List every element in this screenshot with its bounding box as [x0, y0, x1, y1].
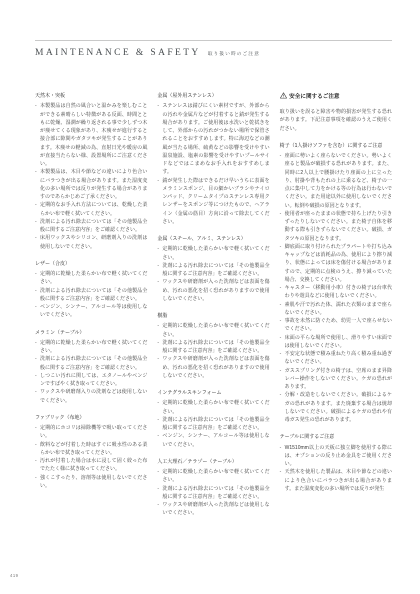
- list-item: -不安定な状態で積み重ねたり高く積み重ね過ぎないでください。: [280, 350, 392, 367]
- list-item: -洗剤による汚れ除去については「その他製品全般に関するご注意内容」をご確認くださ…: [157, 262, 269, 279]
- list-item: -定期的なお手入れ方法については、乾燥した柔らかい布で軽く拭いてください。: [35, 201, 147, 218]
- list-item: -洗剤による汚れ除去については「その他製品全般に関するご注意内容」をご確認くださ…: [157, 416, 269, 433]
- bullet-icon: -: [35, 270, 37, 278]
- bullet-icon: -: [157, 432, 159, 440]
- page-title-ja: 取り扱い時のご注意: [208, 50, 260, 57]
- bullet-icon: -: [35, 102, 37, 110]
- bullet-icon: -: [35, 372, 37, 380]
- list-item-text: ガススプリング付きの椅子は、空席のまま昇降レバー操作をしないでください。ケガの恐…: [285, 368, 392, 391]
- list-item: -洗剤による汚れ除去については「その他製品全般に関するご注意内容」をご確認くださ…: [35, 287, 147, 304]
- list-item: -脚底面に取り付けられたプラパートや打ち込みキャップなどは消耗品の為、使用により…: [280, 243, 392, 284]
- bullet-icon: -: [35, 168, 37, 176]
- list-item-text: 定期的に乾燥した柔らかい布で軽く拭いてください。: [162, 246, 269, 260]
- list-item: -定期的に乾燥した柔らかい布で軽く拭いてください。: [157, 322, 269, 339]
- list-item: -飲料などが付着した時はすぐに吸水性のある柔らかい布で拭き取ってください。: [35, 441, 147, 458]
- list-item-text: ステンレスは錆びにくい素材ですが、外部からの汚れや金属片などが付着すると錆が発生…: [162, 103, 269, 175]
- list-item-text: ワックスや研磨剤が入った洗剤などは表面を傷め、汚れの悪化を招く恐れがありますので…: [162, 356, 269, 379]
- list-item: -定期的に乾燥した柔らかい布で軽く拭いてください。: [35, 270, 147, 287]
- bullet-icon: -: [157, 468, 159, 476]
- list-item-text: 天然木を使用した製品は、木目や節などの違いにより色合いにバラつきが出る場合があり…: [285, 469, 392, 492]
- list-item-text: しつこい汚れに関しては、エタノールやベンジンですばやく拭き取ってください。: [40, 373, 147, 387]
- list-item: -床面の平らな場所で使用し、滑りやすい床面では使用しないでください。: [280, 334, 392, 351]
- warning-triangle-icon: [280, 92, 287, 103]
- section: 人工大理石／テラゾー（テーブル）-定期的に乾燥した柔らかい布で軽く拭いてください…: [157, 458, 269, 518]
- bullet-icon: -: [35, 287, 37, 295]
- list-item-text: 洗剤による汚れ除去については「その他製品全般に関するご注意内容」をご確認ください…: [162, 263, 269, 277]
- list-item-text: 洗剤による汚れ除去については「その他製品全般に関するご注意内容」をご確認ください…: [162, 417, 269, 431]
- list-item: -本製製品は、木目や節などの違いにより色合いにバラつきが出る場合があります。また…: [35, 168, 147, 201]
- list-item: -天然木を使用した製品は、木目や節などの違いにより色合いにバラつきが出る場合があ…: [280, 468, 392, 493]
- bullet-icon: -: [280, 301, 282, 309]
- bullet-icon: -: [157, 262, 159, 270]
- list-item: -ベンジン、シンナー、アルコール等は使用しないでください。: [157, 432, 269, 449]
- list-item-text: ベンジン、シンナー、アルコール等は使用しないでください。: [40, 304, 147, 318]
- list-item: -ワックスや研磨剤が入った洗剤などは使用しないでください。: [157, 501, 269, 518]
- bullet-icon: -: [157, 485, 159, 493]
- list-item-text: 事故を未然に防ぐため、幼児一人で座らせないでください。: [285, 318, 392, 332]
- list-item: -しつこい汚れに関しては、エタノールやベンジンですばやく拭き取ってください。: [35, 372, 147, 389]
- list-item-text: 洗剤による汚れ除去については「その他製品全般に関するご注意内容」をご確認ください…: [162, 340, 269, 354]
- section: テーブルに関するご注意-W1510mm以上の天板に独立脚を使用する際には、オプシ…: [280, 433, 392, 493]
- section: レザー（合皮）-定期的に乾燥した柔らかい布で軽く拭いてください。-洗剤による汚れ…: [35, 260, 147, 320]
- list-item: -洗剤による汚れ除去については「その他製品全般に関するご注意内容」をご確認くださ…: [35, 218, 147, 235]
- list-item: -使用者が座ったままの状態で持ち上げたり引きずったりしないでください。また椅子自…: [280, 210, 392, 243]
- bullet-icon: -: [280, 243, 282, 251]
- list-item-text: ワックスや研磨剤入りの洗剤などは使用しないでください。: [40, 389, 147, 403]
- bullet-icon: -: [280, 367, 282, 375]
- bullet-icon: -: [157, 355, 159, 363]
- list-item: -ワックスや研磨剤が入った洗剤などは表面を傷め、汚れの悪化を招く恐れがありますの…: [157, 278, 269, 303]
- section-heading: 椅子（1人掛けソファを含む）に関するご注意: [280, 142, 392, 150]
- list-item: -定期的に乾燥した柔らかい布で軽く拭いてください。: [157, 399, 269, 416]
- bullet-icon: -: [35, 218, 37, 226]
- list-item-text: 本製製品は、木目や節などの違いにより色合いにバラつきが出る場合があります。また湿…: [40, 169, 147, 200]
- list-item: -ワックスや研磨剤が入った洗剤などは表面を傷め、汚れの悪化を招く恐れがありますの…: [157, 355, 269, 380]
- bullet-icon: -: [157, 339, 159, 347]
- safety-notice-heading: 安全に関するご注意: [280, 92, 392, 103]
- list-item: -キャスター（移動用小車）付きの椅子は台車代わりや遊具などに使用しないでください…: [280, 284, 392, 301]
- list-item-text: 使用者が座ったままの状態で持ち上げたり引きずったりしないでください。また椅子自体…: [285, 211, 392, 242]
- list-item-text: 床用ワックスやシリコン、研磨剤入りの洗剤は使用しないでください。: [40, 235, 147, 249]
- bullet-icon: -: [280, 210, 282, 218]
- section-heading: ファブリック（布地）: [35, 414, 147, 422]
- bullet-icon: -: [280, 284, 282, 292]
- page-header: MAINTENANCE & SAFETY 取り扱い時のご注意: [35, 40, 392, 58]
- list-item-text: 洗剤による汚れ除去については「その他製品全般に関するご注意内容」をご確認ください…: [40, 356, 147, 370]
- list-item: -洗剤による汚れ除去については「その他製品全般に関するご注意内容」をご確認くださ…: [157, 485, 269, 502]
- list-item: -定期的に乾燥した柔らかい布で軽く拭いてください。: [157, 468, 269, 485]
- list-item-text: 定期的なお手入れ方法については、乾燥した柔らかい布で軽く拭いてください。: [40, 202, 147, 216]
- section: 安全に関するご注意取り扱いを誤ると障害や物的損害が発生する恐れがあります。下記注…: [280, 92, 392, 133]
- section: ファブリック（布地）-定期的にホコリは掃除機等で吸い取ってください。-飲料などが…: [35, 414, 147, 490]
- column-safety-notes: 安全に関するご注意取り扱いを誤ると障害や物的損害が発生する恐れがあります。下記注…: [280, 92, 392, 518]
- list-item-text: 脚底面に取り付けられたプラパートや打ち込みキャップなどは消耗品の為、使用により擦…: [285, 244, 392, 283]
- bullet-icon: -: [157, 399, 159, 407]
- list-item: -床用ワックスやシリコン、研磨剤入りの洗剤は使用しないでください。: [35, 234, 147, 251]
- column-materials-left: 天然木・突板-本製製品は自然の風合いと温かみを楽しむことができる素晴らしい特徴が…: [35, 92, 147, 518]
- list-item: -洗剤による汚れ除去については「その他製品全般に関するご注意内容」をご確認くださ…: [157, 339, 269, 356]
- list-item-text: 定期的に乾燥した柔らかい布で軽く拭いてください。: [162, 400, 269, 414]
- page-number: 419: [10, 573, 19, 578]
- bullet-icon: -: [280, 468, 282, 476]
- list-item: -本製製品は自然の風合いと温かみを楽しむことができる素晴らしい特徴がある反面、時…: [35, 102, 147, 168]
- bullet-icon: -: [157, 322, 159, 330]
- list-item-text: 定期的に乾燥した柔らかい布で軽く拭いてください。: [40, 271, 147, 285]
- bullet-icon: -: [157, 278, 159, 286]
- bullet-icon: -: [35, 388, 37, 396]
- list-item: -事故を未然に防ぐため、幼児一人で座らせないでください。: [280, 317, 392, 334]
- list-item-text: 強くこすったり、溶剤等は使用しないでください。: [40, 475, 147, 489]
- section-heading: インテグラルスキンフォーム: [157, 389, 269, 397]
- section-heading: メラミン（テーブル）: [35, 329, 147, 337]
- list-item-text: 洗剤による汚れ除去については「その他製品全般に関するご注意内容」をご確認ください…: [40, 288, 147, 302]
- bullet-icon: -: [35, 424, 37, 432]
- bullet-icon: -: [35, 234, 37, 242]
- list-item-text: 素肌や汗で汚れた体、濡れた衣類のままで座らないでください。: [285, 302, 392, 316]
- list-item: -ステンレスは錆びにくい素材ですが、外部からの汚れや金属片などが付着すると錆が発…: [157, 102, 269, 176]
- list-item-text: 分解・改造をしないでください。破損によるケガの恐れがあります。また廃棄する場合は…: [285, 392, 392, 423]
- list-item: -座面に勢いよく座らないでください。勢いよく座ると製品が破損する恐れがあります。…: [280, 152, 392, 210]
- list-item: -ワックスや研磨剤入りの洗剤などは使用しないでください。: [35, 388, 147, 405]
- section-heading: 金属（屋外用ステンレス）: [157, 92, 269, 100]
- bullet-icon: -: [157, 416, 159, 424]
- bullet-icon: -: [280, 334, 282, 342]
- section-heading: レザー（合皮）: [35, 260, 147, 268]
- list-item-text: 座面に勢いよく座らないでください。勢いよく座ると製品が破損する恐れがあります。ま…: [285, 153, 392, 209]
- list-item: -洗剤による汚れ除去については「その他製品全般に関するご注意内容」をご確認くださ…: [35, 355, 147, 372]
- list-item-text: 定期的に乾燥した柔らかい布で軽く拭いてください。: [162, 469, 269, 483]
- section-heading: 樹脂: [157, 312, 269, 320]
- page-title: MAINTENANCE & SAFETY 取り扱い時のご注意: [35, 48, 392, 58]
- bullet-icon: -: [35, 303, 37, 311]
- catalog-page: MAINTENANCE & SAFETY 取り扱い時のご注意 天然木・突板-本製…: [0, 0, 420, 594]
- list-item-text: 飲料などが付着した時はすぐに吸水性のある柔らかい布で拭き取ってください。: [40, 442, 147, 456]
- section: インテグラルスキンフォーム-定期的に乾燥した柔らかい布で軽く拭いてください。-洗…: [157, 389, 269, 449]
- list-item: -錆が発生した際はできるだけ早いうちに表面をメラミンスポンジ、目の細かいブラシや…: [157, 177, 269, 227]
- section-lead: 取り扱いを誤ると障害や物的損害が発生する恐れがあります。下記注意事項を確認のうえ…: [280, 108, 392, 133]
- list-item: -分解・改造をしないでください。破損によるケガの恐れがあります。また廃棄する場合…: [280, 391, 392, 424]
- list-item-text: 定期的に乾燥した柔らかい布で軽く拭いてください。: [40, 340, 147, 354]
- section-heading: 天然木・突板: [35, 92, 147, 100]
- bullet-icon: -: [157, 501, 159, 509]
- bullet-icon: -: [280, 391, 282, 399]
- bullet-icon: -: [35, 457, 37, 465]
- section-heading: 人工大理石／テラゾー（テーブル）: [157, 458, 269, 466]
- list-item-text: 定期的に乾燥した柔らかい布で軽く拭いてください。: [162, 323, 269, 337]
- bullet-icon: -: [280, 152, 282, 160]
- list-item-text: 洗剤による汚れ除去については「その他製品全般に関するご注意内容」をご確認ください…: [162, 486, 269, 500]
- list-item-text: ベンジン、シンナー、アルコール等は使用しないでください。: [162, 433, 269, 447]
- list-item-text: 床面の平らな場所で使用し、滑りやすい床面では使用しないでください。: [285, 335, 392, 349]
- list-item: -素肌や汗で汚れた体、濡れた衣類のままで座らないでください。: [280, 301, 392, 318]
- list-item: -ガススプリング付きの椅子は、空席のまま昇降レバー操作をしないでください。ケガの…: [280, 367, 392, 392]
- bullet-icon: -: [35, 355, 37, 363]
- section-heading: 金属（スチール、アルミ、ステンレス）: [157, 235, 269, 243]
- list-item-text: 汚れが付着した場合は水に浸して固く絞った布でたたく様に拭き取ってください。: [40, 458, 147, 472]
- list-item-text: ワックスや研磨剤が入った洗剤などは表面を傷め、汚れの悪化を招く恐れがありますので…: [162, 279, 269, 302]
- section: メラミン（テーブル）-定期的に乾燥した柔らかい布で軽く拭いてください。-洗剤によ…: [35, 329, 147, 405]
- list-item: -強くこすったり、溶剤等は使用しないでください。: [35, 474, 147, 491]
- bullet-icon: -: [35, 441, 37, 449]
- bullet-icon: -: [157, 102, 159, 110]
- list-item: -定期的にホコリは掃除機等で吸い取ってください。: [35, 424, 147, 441]
- page-title-en: MAINTENANCE & SAFETY: [35, 48, 201, 58]
- bullet-icon: -: [280, 350, 282, 358]
- section: 天然木・突板-本製製品は自然の風合いと温かみを楽しむことができる素晴らしい特徴が…: [35, 92, 147, 251]
- column-materials-middle: 金属（屋外用ステンレス）-ステンレスは錆びにくい素材ですが、外部からの汚れや金属…: [157, 92, 269, 518]
- list-item: -定期的に乾燥した柔らかい布で軽く拭いてください。: [157, 245, 269, 262]
- list-item-text: 本製製品は自然の風合いと温かみを楽しむことができる素晴らしい特徴がある反面、時間…: [40, 103, 147, 167]
- list-item-text: 洗剤による汚れ除去については「その他製品全般に関するご注意内容」をご確認ください…: [40, 219, 147, 233]
- section: 樹脂-定期的に乾燥した柔らかい布で軽く拭いてください。-洗剤による汚れ除去につい…: [157, 312, 269, 380]
- list-item: -ベンジン、シンナー、アルコール等は使用しないでください。: [35, 303, 147, 320]
- list-item-text: 不安定な状態で積み重ねたり高く積み重ね過ぎないでください。: [285, 351, 392, 365]
- content-columns: 天然木・突板-本製製品は自然の風合いと温かみを楽しむことができる素晴らしい特徴が…: [35, 92, 392, 518]
- bullet-icon: -: [35, 201, 37, 209]
- bullet-icon: -: [157, 245, 159, 253]
- section: 金属（屋外用ステンレス）-ステンレスは錆びにくい素材ですが、外部からの汚れや金属…: [157, 92, 269, 226]
- bullet-icon: -: [35, 339, 37, 347]
- section-heading: テーブルに関するご注意: [280, 433, 392, 441]
- section: 金属（スチール、アルミ、ステンレス）-定期的に乾燥した柔らかい布で軽く拭いてくだ…: [157, 235, 269, 303]
- bullet-icon: -: [35, 474, 37, 482]
- list-item-text: キャスター（移動用小車）付きの椅子は台車代わりや遊具などに使用しないでください。: [285, 285, 392, 299]
- list-item-text: W1510mm以上の天板に独立脚を使用する際には、オプションの反り止め金具をご使…: [285, 445, 392, 468]
- bullet-icon: -: [280, 317, 282, 325]
- list-item: -汚れが付着した場合は水に浸して固く絞った布でたたく様に拭き取ってください。: [35, 457, 147, 474]
- section: 椅子（1人掛けソファを含む）に関するご注意-座面に勢いよく座らないでください。勢…: [280, 142, 392, 425]
- safety-notice-title: 安全に関するご注意: [289, 93, 339, 102]
- list-item-text: 定期的にホコリは掃除機等で吸い取ってください。: [40, 425, 147, 439]
- bullet-icon: -: [157, 177, 159, 185]
- list-item: -W1510mm以上の天板に独立脚を使用する際には、オプションの反り止め金具をご…: [280, 444, 392, 469]
- bullet-icon: -: [280, 444, 282, 452]
- list-item-text: 錆が発生した際はできるだけ早いうちに表面をメラミンスポンジ、目の細かいブラシやナ…: [162, 178, 269, 225]
- list-item-text: ワックスや研磨剤が入った洗剤などは使用しないでください。: [162, 502, 269, 516]
- list-item: -定期的に乾燥した柔らかい布で軽く拭いてください。: [35, 339, 147, 356]
